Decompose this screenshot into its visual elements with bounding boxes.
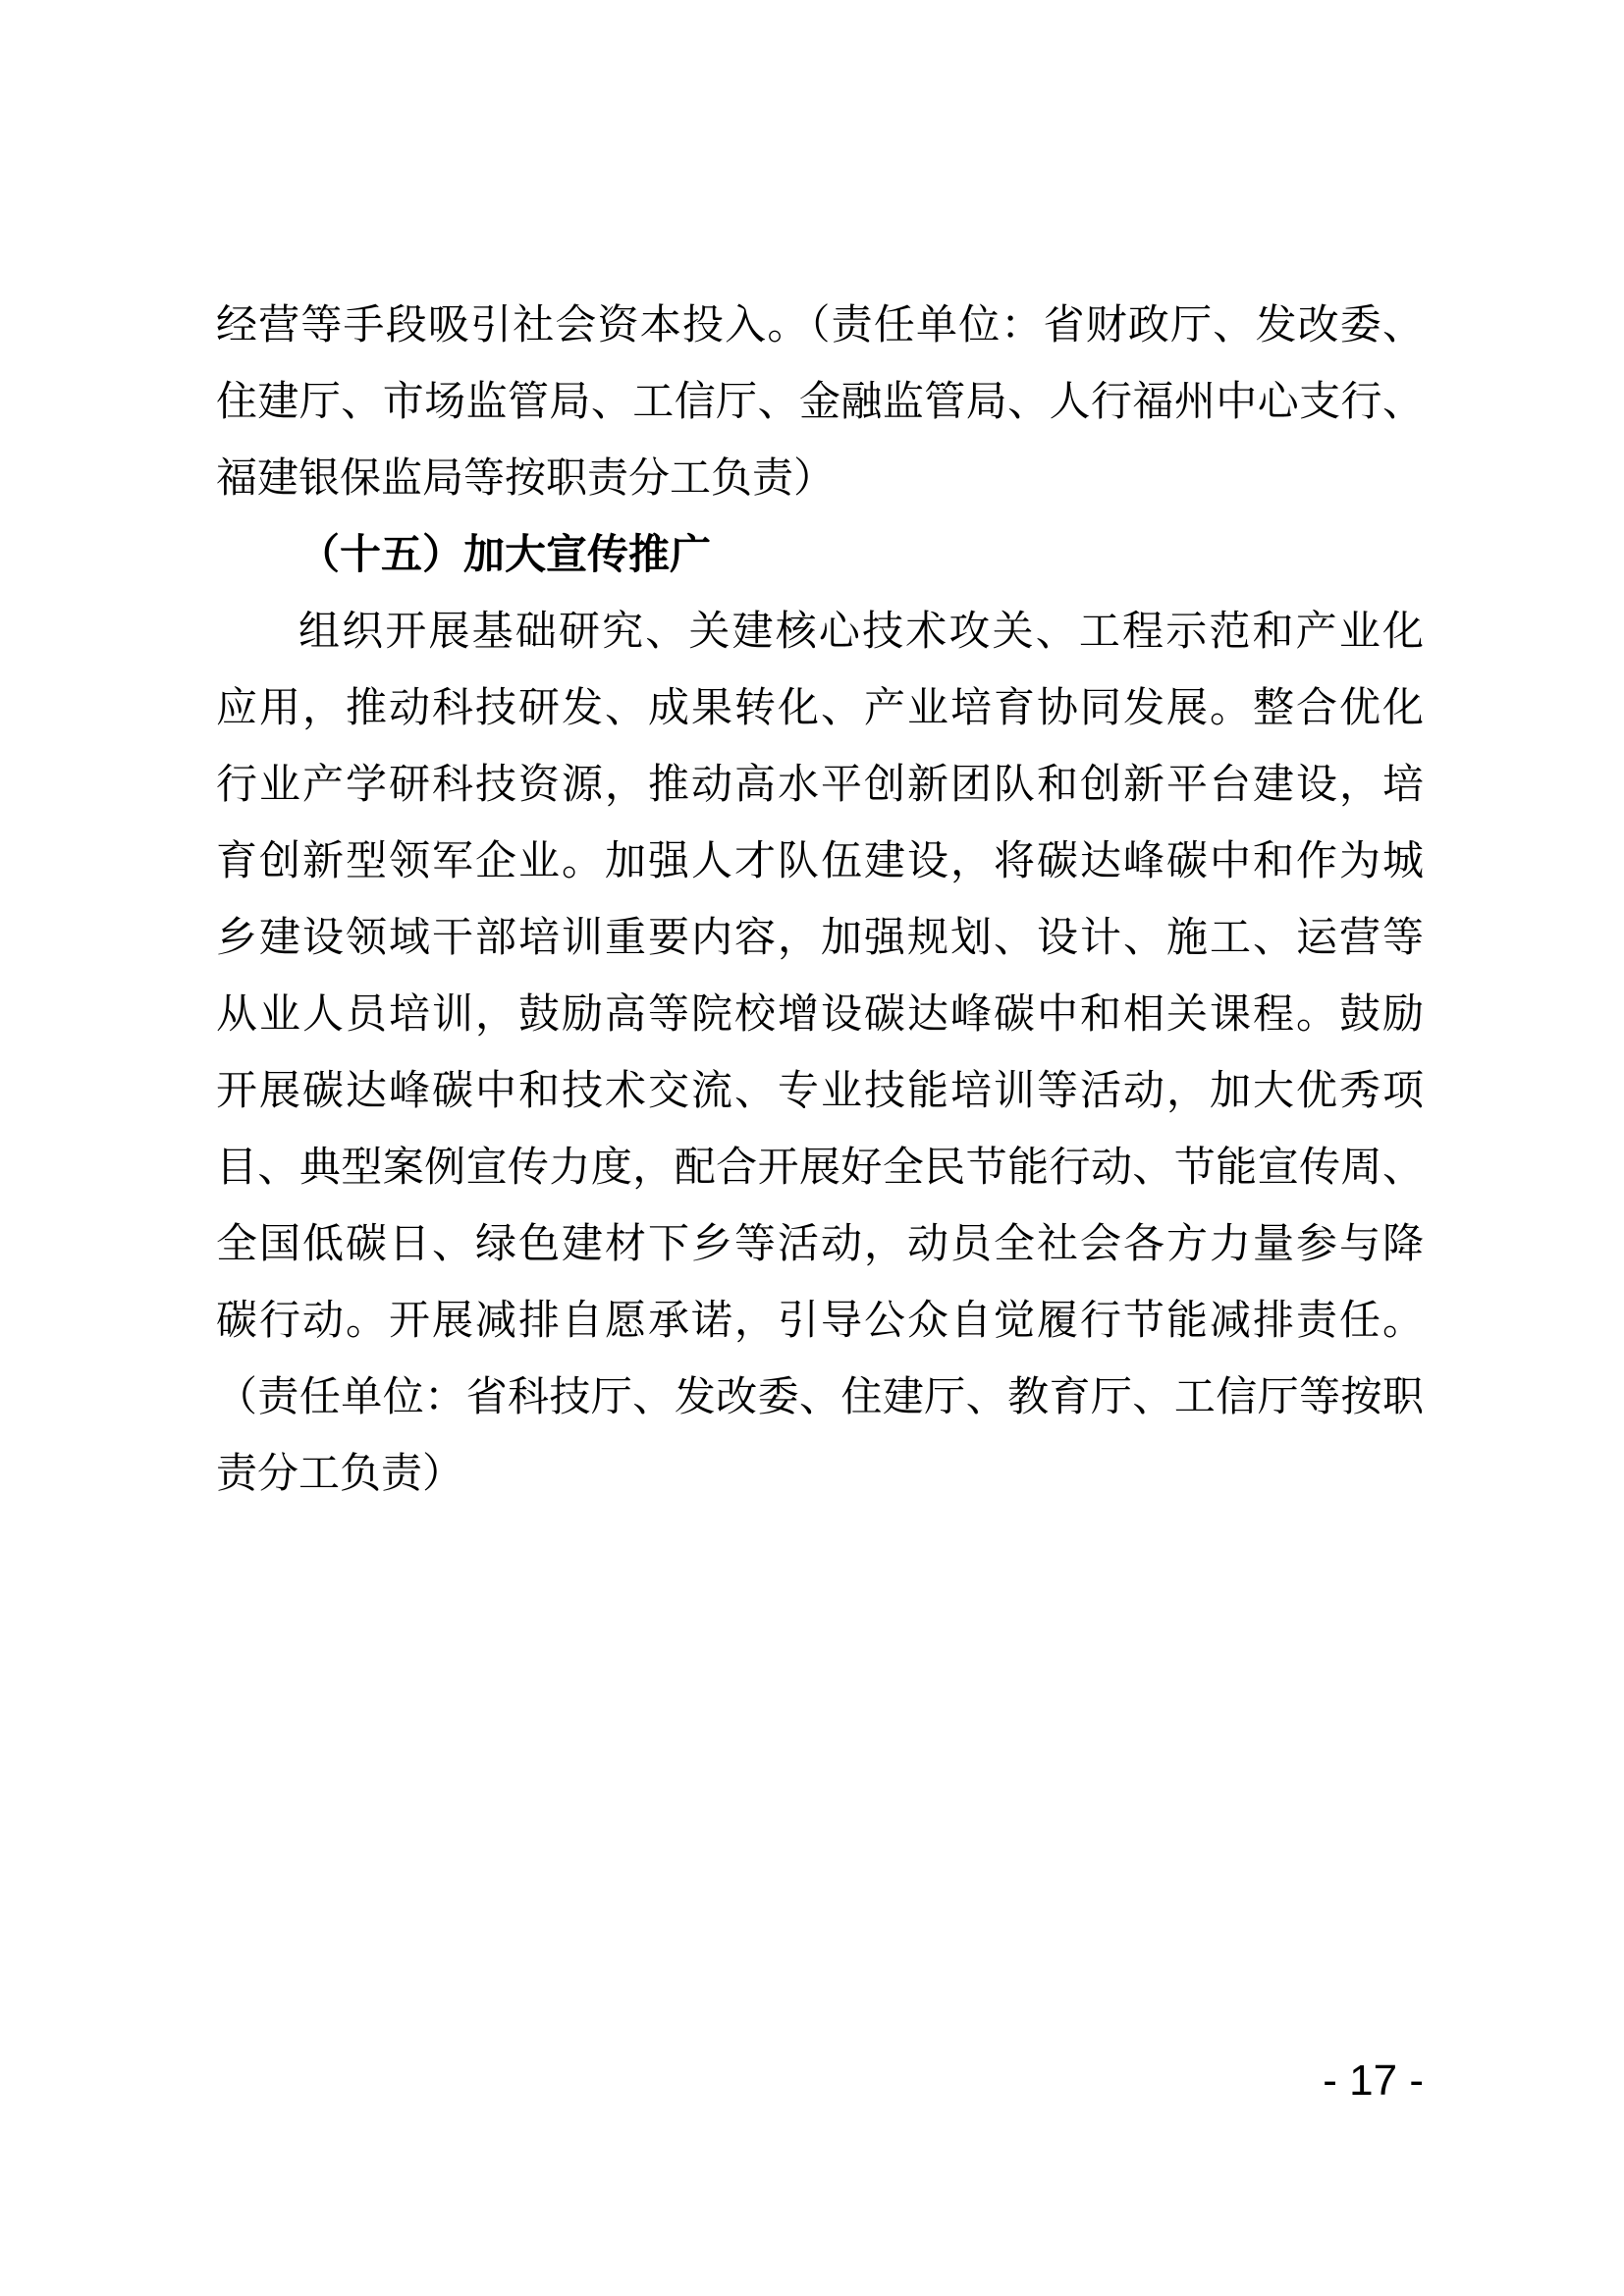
body-line: 福建银保监局等按职责分工负责）: [216, 440, 1424, 516]
body-line: 目、典型案例宣传力度，配合开展好全民节能行动、节能宣传周、: [216, 1129, 1424, 1205]
body-line: 应用，推动科技研发、成果转化、产业培育协同发展。整合优化: [216, 669, 1424, 746]
body-line: 行业产学研科技资源，推动高水平创新团队和创新平台建设，培: [216, 746, 1424, 823]
body-line: 住建厅、市场监管局、工信厅、金融监管局、人行福州中心支行、: [216, 363, 1424, 440]
body-line: 乡建设领域干部培训重要内容，加强规划、设计、施工、运营等: [216, 899, 1424, 976]
body-line: 责分工负责）: [216, 1435, 1424, 1512]
document-page: 经营等手段吸引社会资本投入。（责任单位：省财政厅、发改委、 住建厅、市场监管局、…: [0, 0, 1624, 2296]
page-number: - 17 -: [1323, 2057, 1424, 2105]
body-line: 育创新型领军企业。加强人才队伍建设，将碳达峰碳中和作为城: [216, 823, 1424, 899]
body-line: 经营等手段吸引社会资本投入。（责任单位：省财政厅、发改委、: [216, 287, 1424, 363]
body-line: 从业人员培训，鼓励高等院校增设碳达峰碳中和相关课程。鼓励: [216, 976, 1424, 1052]
body-line: 碳行动。开展减排自愿承诺，引导公众自觉履行节能减排责任。: [216, 1282, 1424, 1359]
body-line: 开展碳达峰碳中和技术交流、专业技能培训等活动，加大优秀项: [216, 1052, 1424, 1129]
body-line: （责任单位：省科技厅、发改委、住建厅、教育厅、工信厅等按职: [216, 1359, 1424, 1435]
body-line: 全国低碳日、绿色建材下乡等活动，动员全社会各方力量参与降: [216, 1205, 1424, 1282]
document-body: 经营等手段吸引社会资本投入。（责任单位：省财政厅、发改委、 住建厅、市场监管局、…: [216, 287, 1424, 1512]
section-heading: （十五）加大宣传推广: [216, 516, 1424, 593]
body-line: 组织开展基础研究、关建核心技术攻关、工程示范和产业化: [216, 593, 1424, 669]
